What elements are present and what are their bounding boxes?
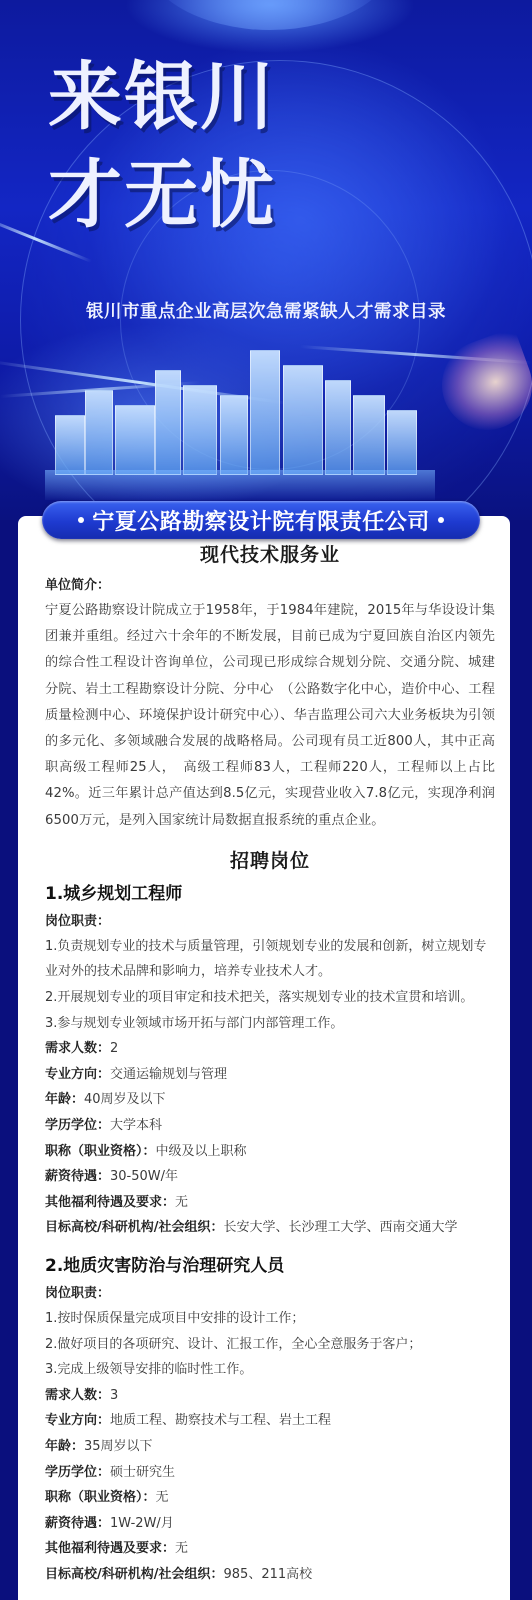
field-label: 薪资待遇：	[45, 1169, 110, 1184]
salary-value: 1W-2W/月	[110, 1516, 174, 1531]
decorative-glow	[140, 0, 400, 30]
company-name-banner: 宁夏公路勘察设计院有限责任公司	[42, 501, 480, 539]
title-cert-row: 职称（职业资格）：中级及以上职称	[45, 1139, 495, 1165]
targets-row: 目标高校/科研机构/社会组织：长安大学、长沙理工大学、西南交通大学	[45, 1215, 495, 1241]
position-title: 2.地质灾害防治与治理研究人员	[45, 1251, 495, 1281]
field-label: 学历学位：	[45, 1465, 110, 1480]
major-row: 专业方向：地质工程、勘察技术与工程、岩土工程	[45, 1408, 495, 1434]
field-label: 年龄：	[45, 1439, 84, 1454]
degree-row: 学历学位：硕士研究生	[45, 1460, 495, 1486]
age-row: 年龄：40周岁及以下	[45, 1087, 495, 1113]
major-row: 专业方向：交通运输规划与管理	[45, 1062, 495, 1088]
duty-item: 3.完成上级领导安排的临时性工作。	[45, 1357, 495, 1383]
field-label: 专业方向：	[45, 1413, 110, 1428]
field-label: 学历学位：	[45, 1118, 110, 1133]
field-label: 薪资待遇：	[45, 1516, 110, 1531]
benefits-value: 无	[175, 1195, 188, 1210]
field-label: 职称（职业资格）：	[45, 1490, 156, 1505]
title-cert-value: 无	[156, 1490, 169, 1505]
position-title: 1.城乡规划工程师	[45, 879, 495, 909]
major-value: 交通运输规划与管理	[110, 1067, 227, 1082]
age-value: 35周岁以下	[84, 1439, 153, 1454]
salary-row: 薪资待遇：1W-2W/月	[45, 1511, 495, 1537]
degree-value: 大学本科	[110, 1118, 162, 1133]
field-label: 需求人数：	[45, 1388, 110, 1403]
duty-item: 1.按时保质保量完成项目中安排的设计工作；	[45, 1306, 495, 1332]
benefits-row: 其他福利待遇及要求：无	[45, 1536, 495, 1562]
field-label: 职称（职业资格）：	[45, 1144, 156, 1159]
field-label: 需求人数：	[45, 1041, 110, 1056]
company-intro: 宁夏公路勘察设计院成立于1958年，于1984年建院，2015年与华设设计集团兼…	[45, 598, 495, 834]
targets-value: 长安大学、长沙理工大学、西南交通大学	[224, 1220, 458, 1235]
company-name: 宁夏公路勘察设计院有限责任公司	[92, 505, 430, 536]
age-value: 40周岁及以下	[84, 1092, 166, 1107]
industry-title: 现代技术服务业	[45, 540, 495, 567]
position-card: 1.城乡规划工程师 岗位职责： 1.负责规划专业的技术与质量管理，引领规划专业的…	[45, 879, 495, 1241]
salary-row: 薪资待遇：30-50W/年	[45, 1164, 495, 1190]
positions-title: 招聘岗位	[45, 846, 495, 873]
intro-label: 单位简介：	[45, 573, 495, 598]
hero-banner: 来银川 才无忧 银川市重点企业高层次急需紧缺人才需求目录	[0, 0, 532, 520]
duties-label: 岗位职责：	[45, 909, 495, 934]
title-cert-value: 中级及以上职称	[156, 1144, 247, 1159]
field-label: 其他福利待遇及要求：	[45, 1195, 175, 1210]
benefits-value: 无	[175, 1541, 188, 1556]
age-row: 年龄：35周岁以下	[45, 1434, 495, 1460]
major-value: 地质工程、勘察技术与工程、岩土工程	[110, 1413, 331, 1428]
duty-item: 2.开展规划专业的项目审定和技术把关，落实规划专业的技术宣贯和培训。	[45, 985, 495, 1011]
field-label: 其他福利待遇及要求：	[45, 1541, 175, 1556]
duty-item: 2.做好项目的各项研究、设计、汇报工作，全心全意服务于客户；	[45, 1332, 495, 1358]
headcount-value: 3	[110, 1388, 118, 1403]
duty-item: 1.负责规划专业的技术与质量管理，引领规划专业的发展和创新，树立规划专业对外的技…	[45, 934, 495, 985]
field-label: 目标高校/科研机构/社会组织：	[45, 1220, 224, 1235]
field-label: 专业方向：	[45, 1067, 110, 1082]
company-card: 现代技术服务业 单位简介： 宁夏公路勘察设计院成立于1958年，于1984年建院…	[18, 516, 510, 1600]
title-cert-row: 职称（职业资格）：无	[45, 1485, 495, 1511]
hero-title-line1: 来银川	[48, 60, 276, 134]
position-card: 2.地质灾害防治与治理研究人员 岗位职责： 1.按时保质保量完成项目中安排的设计…	[45, 1251, 495, 1588]
field-label: 目标高校/科研机构/社会组织：	[45, 1567, 224, 1582]
headcount-row: 需求人数：2	[45, 1036, 495, 1062]
salary-value: 30-50W/年	[110, 1169, 178, 1184]
hero-subtitle: 银川市重点企业高层次急需紧缺人才需求目录	[0, 298, 532, 323]
duty-item: 3.参与规划专业领域市场开拓与部门内部管理工作。	[45, 1011, 495, 1037]
headcount-value: 2	[110, 1041, 118, 1056]
headcount-row: 需求人数：3	[45, 1383, 495, 1409]
degree-value: 硕士研究生	[110, 1465, 175, 1480]
degree-row: 学历学位：大学本科	[45, 1113, 495, 1139]
benefits-row: 其他福利待遇及要求：无	[45, 1190, 495, 1216]
targets-value: 985、211高校	[224, 1567, 313, 1582]
city-skyline-graphic	[45, 340, 435, 500]
duties-label: 岗位职责：	[45, 1281, 495, 1306]
field-label: 年龄：	[45, 1092, 84, 1107]
targets-row: 目标高校/科研机构/社会组织：985、211高校	[45, 1562, 495, 1588]
bullet-dot-icon	[438, 517, 444, 523]
bullet-dot-icon	[78, 517, 84, 523]
hero-title-line2: 才无忧	[48, 158, 276, 232]
